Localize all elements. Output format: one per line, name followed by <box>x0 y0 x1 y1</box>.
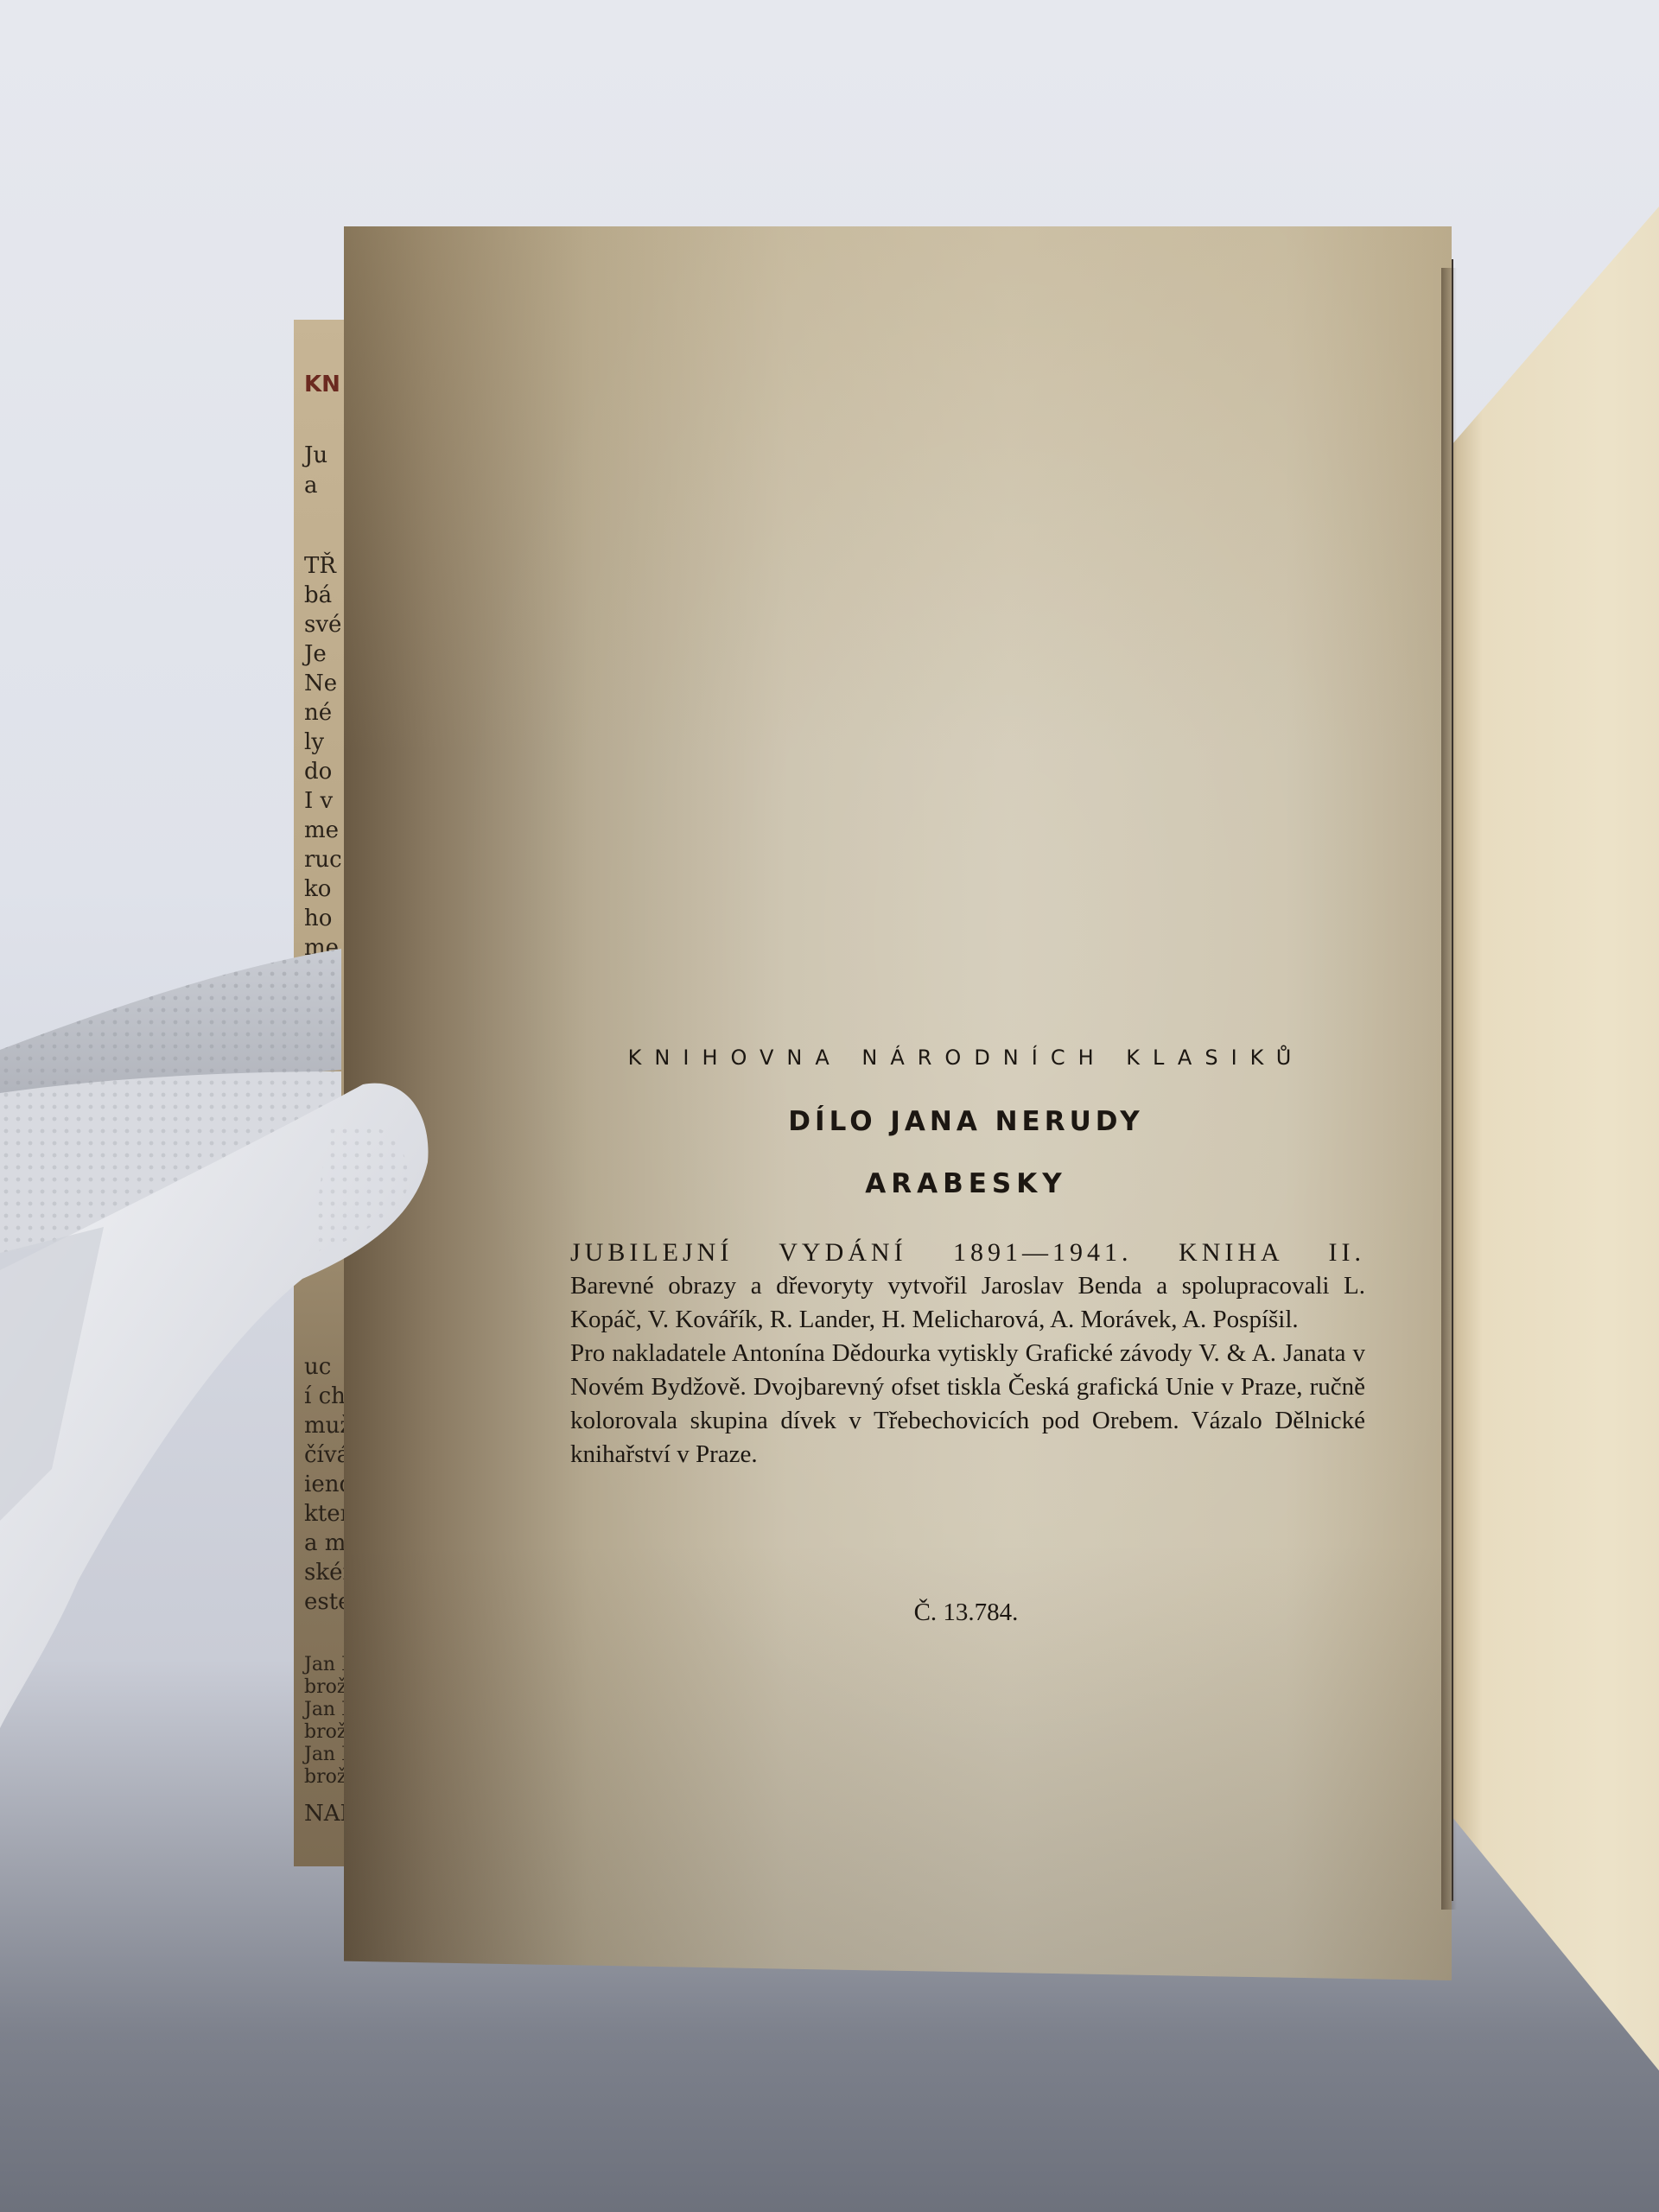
back-fragment: I v <box>304 786 333 816</box>
back-fragment: TŘ <box>304 551 336 581</box>
back-fragment: a <box>304 471 318 500</box>
back-fragment: Ne <box>304 963 337 992</box>
illustrators-paragraph: Barevné obrazy a dřevoryty vytvořil Jaro… <box>570 1269 1365 1337</box>
colophon-text: JUBILEJNÍ VYDÁNÍ 1891—1941. KNIHA II. Ba… <box>570 1236 1365 1471</box>
gutter-shadow <box>1441 268 1457 1910</box>
back-fragment: své <box>304 610 341 639</box>
back-fragment: KN <box>304 370 340 399</box>
back-fragment: í ch <box>304 1382 346 1411</box>
back-fragment: Je <box>304 639 327 669</box>
back-fragment: díc <box>304 992 339 1021</box>
back-fragment: do <box>304 757 332 786</box>
back-fragment: kter <box>304 1499 351 1529</box>
back-fragment: me <box>304 816 339 845</box>
imprint-block: KNIHOVNA NÁRODNÍCH KLASIKŮ DÍLO JANA NER… <box>344 226 1452 1980</box>
back-fragment: ho <box>304 904 332 933</box>
series-title: KNIHOVNA NÁRODNÍCH KLASIKŮ <box>569 1046 1363 1070</box>
photo-scene: KN Ju a TŘ bá své Je Ne né ly do I v me … <box>0 0 1659 2212</box>
back-fragment: ko <box>304 874 331 904</box>
author-works-title: DÍLO JANA NERUDY <box>569 1106 1363 1137</box>
back-fragment: uc <box>304 1352 331 1382</box>
back-fragment: čívá <box>304 1440 350 1470</box>
back-fragment: Ne <box>304 669 337 698</box>
back-fragment: né <box>304 698 332 728</box>
back-fragment: ly <box>304 728 324 757</box>
back-fragment: ruc <box>304 845 342 874</box>
book-title: ARABESKY <box>569 1168 1363 1199</box>
imprint-page: KNIHOVNA NÁRODNÍCH KLASIKŮ DÍLO JANA NER… <box>344 226 1452 1980</box>
back-fragment: me <box>304 933 339 963</box>
edition-line: JUBILEJNÍ VYDÁNÍ 1891—1941. KNIHA II. <box>570 1236 1365 1269</box>
copy-number: Č. 13.784. <box>569 1599 1363 1627</box>
printers-paragraph: Pro nakladatele Antonína Dědourka vytisk… <box>570 1337 1365 1471</box>
back-fragment: bá <box>304 581 332 610</box>
facing-page <box>1452 147 1659 2134</box>
back-fragment: Ju <box>304 441 327 470</box>
